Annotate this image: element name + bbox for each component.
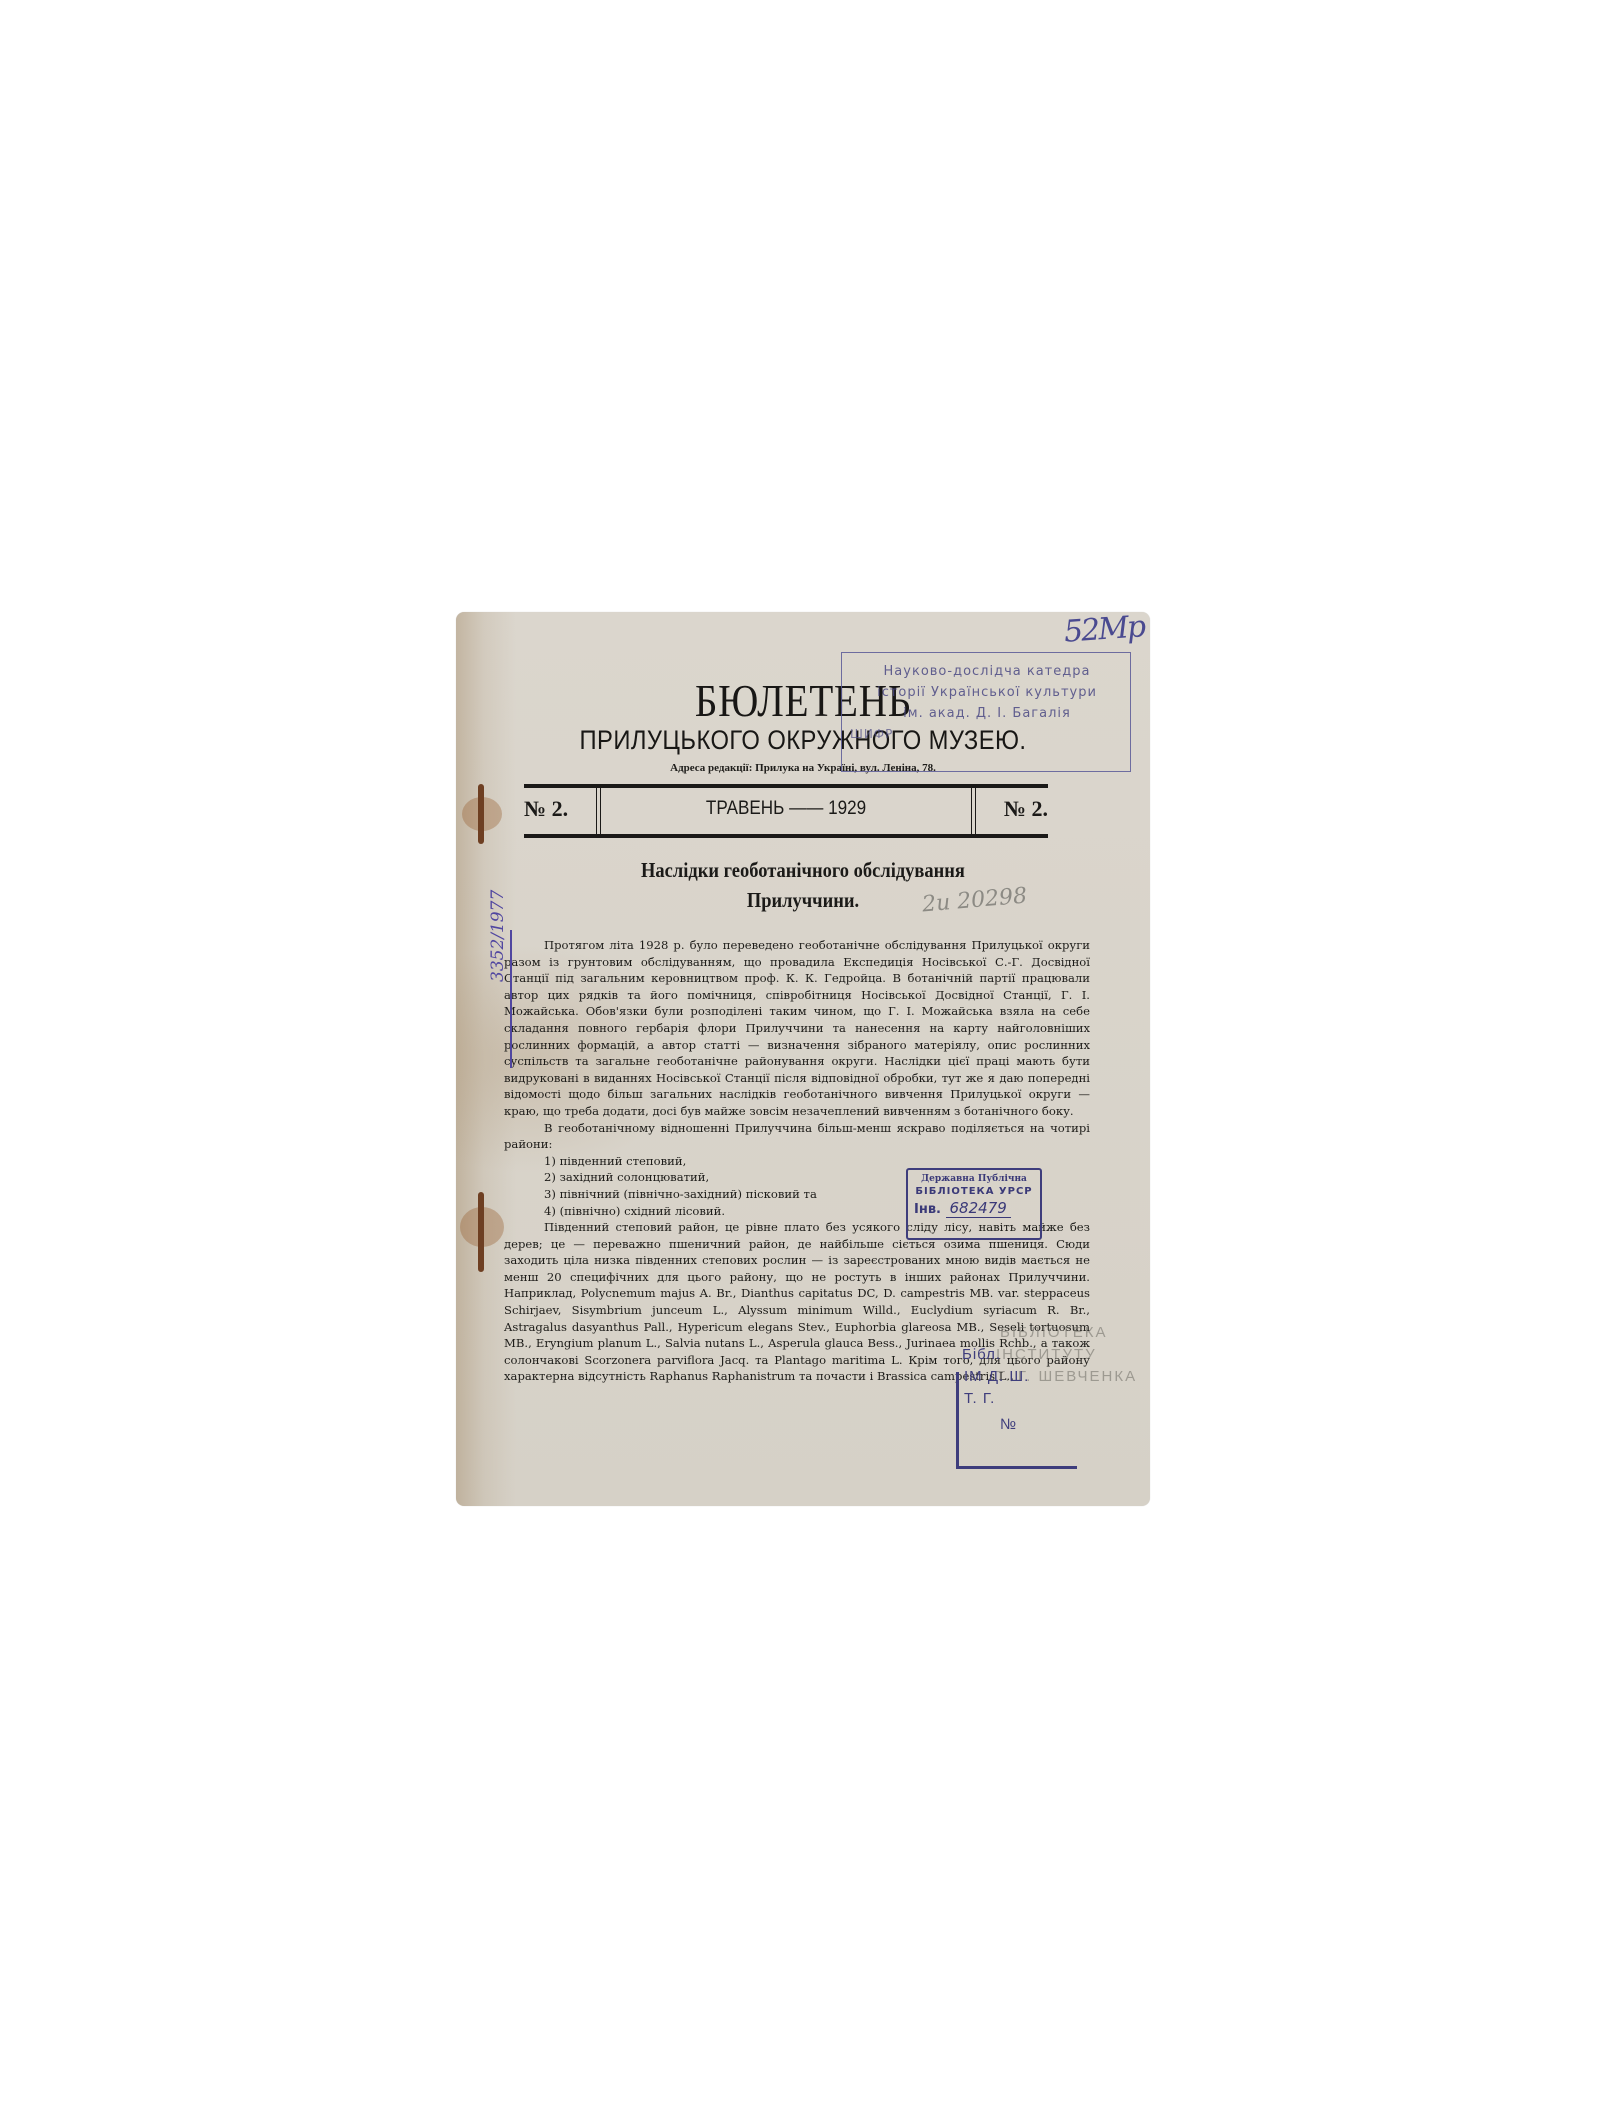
margin-mark	[510, 930, 512, 1068]
article-body: Протягом літа 1928 р. було переведено ге…	[504, 937, 1090, 1385]
issue-number-left: № 2.	[524, 796, 568, 822]
handwritten-shelfmark: 52Мр	[1063, 609, 1145, 650]
stamp-line: історії Української культури	[850, 682, 1124, 703]
stamp-line: Державна Публічна	[914, 1174, 1034, 1184]
inventory-number: 682479	[946, 1199, 1011, 1218]
stamp-line: Науково-дослідча катедра	[850, 661, 1124, 682]
list-item: 1) південний степовий,	[544, 1153, 1090, 1170]
inventory-label: Інв.	[914, 1202, 941, 1217]
stamp-ink-text: Бібл.	[962, 1344, 1001, 1366]
staple	[478, 784, 484, 844]
staple	[478, 1192, 484, 1272]
stamp-cipher-label: ШИФР	[850, 724, 1124, 745]
stamp-line: ім. акад. Д. І. Багалія	[850, 703, 1124, 724]
divider	[596, 788, 601, 834]
bulletin-page: БЮЛЕТЕНЬ ПРИЛУЦЬКОГО ОКРУЖНОГО МУЗЕЮ. Ад…	[456, 612, 1150, 1506]
paragraph: В геоботанічному відношенні Прилуччина б…	[504, 1120, 1090, 1153]
issue-number-right: № 2.	[1004, 796, 1048, 822]
stamp-line: БІБЛІОТЕКА УРСР	[914, 1186, 1034, 1197]
stamp-ink-text: №	[1000, 1414, 1017, 1436]
stamp-ink-text: Т. Г.	[964, 1388, 995, 1410]
article-title-line: Наслідки геоботанічного обслідування	[498, 855, 1109, 885]
divider	[971, 788, 976, 834]
handwritten-margin-note: 3352/1977	[488, 890, 508, 982]
issue-date: ТРАВЕНЬ —— 1929	[622, 798, 950, 820]
inventory-line: Інв. 682479	[914, 1199, 1034, 1217]
issue-bar: № 2. ТРАВЕНЬ —— 1929 № 2.	[524, 784, 1048, 838]
library-stamp: Державна Публічна БІБЛІОТЕКА УРСР Інв. 6…	[906, 1168, 1042, 1240]
stamp-ink-text: ІМ Д. Ш.	[964, 1366, 1029, 1388]
stamp-line: БІБЛІОТЕКА	[956, 1322, 1156, 1344]
paragraph: Протягом літа 1928 р. було переведено ге…	[504, 937, 1090, 1120]
department-stamp: Науково-дослідча катедра історії Українс…	[841, 652, 1131, 772]
institute-stamp: БІБЛІОТЕКА ІНСТИТУТУ Т. Г. ШЕВЧЕНКА Бібл…	[956, 1322, 1156, 1462]
